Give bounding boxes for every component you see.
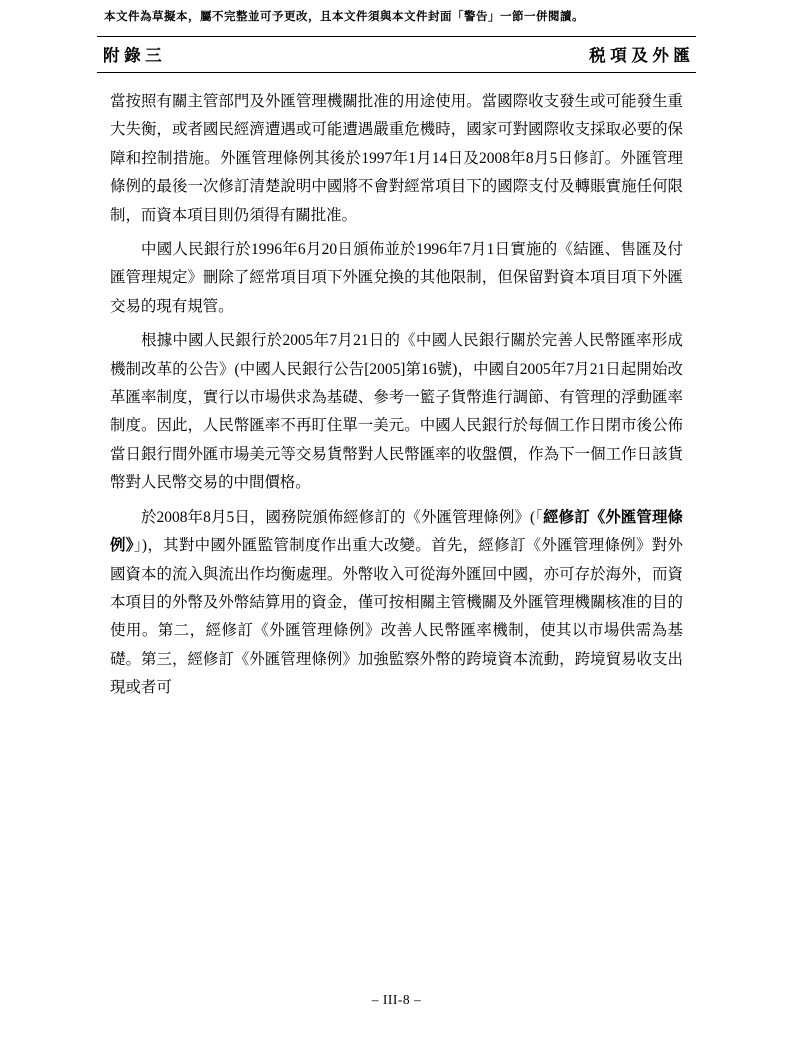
paragraph-pboc-1996: 中國人民銀行於1996年6月20日頒佈並於1996年7月1日實施的《結匯、售匯及… <box>110 236 683 321</box>
paragraph-run-plain-1: 於2008年8月5日，國務院頒佈經修訂的《外匯管理條例》(「 <box>141 509 543 526</box>
page-number: – III-8 – <box>0 992 793 1008</box>
draft-disclaimer-text: 本文件為草擬本，屬不完整並可予更改，且本文件須與本文件封面「警告」一節一併閱讀。 <box>104 8 704 24</box>
document-page: 本文件為草擬本，屬不完整並可予更改，且本文件須與本文件封面「警告」一節一併閱讀。… <box>0 0 793 1058</box>
page-header: 附 錄 三 税 項 及 外 匯 <box>97 36 696 73</box>
paragraph-run-plain-2: 」)，其對中國外匯監管制度作出重大改變。首先，經修訂《外匯管理條例》對外國資本的… <box>110 537 683 696</box>
paragraph-continuation: 當按照有關主管部門及外匯管理機關批准的用途使用。當國際收支發生或可能發生重大失衡… <box>110 88 683 230</box>
appendix-label: 附 錄 三 <box>103 42 162 66</box>
paragraph-pboc-2005: 根據中國人民銀行於2005年7月21日的《中國人民銀行關於完善人民幣匯率形成機制… <box>110 327 683 497</box>
section-title: 税 項 及 外 匯 <box>589 42 690 66</box>
paragraph-regulation-2008: 於2008年8月5日，國務院頒佈經修訂的《外匯管理條例》(「經修訂《外匯管理條例… <box>110 504 683 703</box>
document-body: 當按照有關主管部門及外匯管理機關批准的用途使用。當國際收支發生或可能發生重大失衡… <box>110 88 683 703</box>
